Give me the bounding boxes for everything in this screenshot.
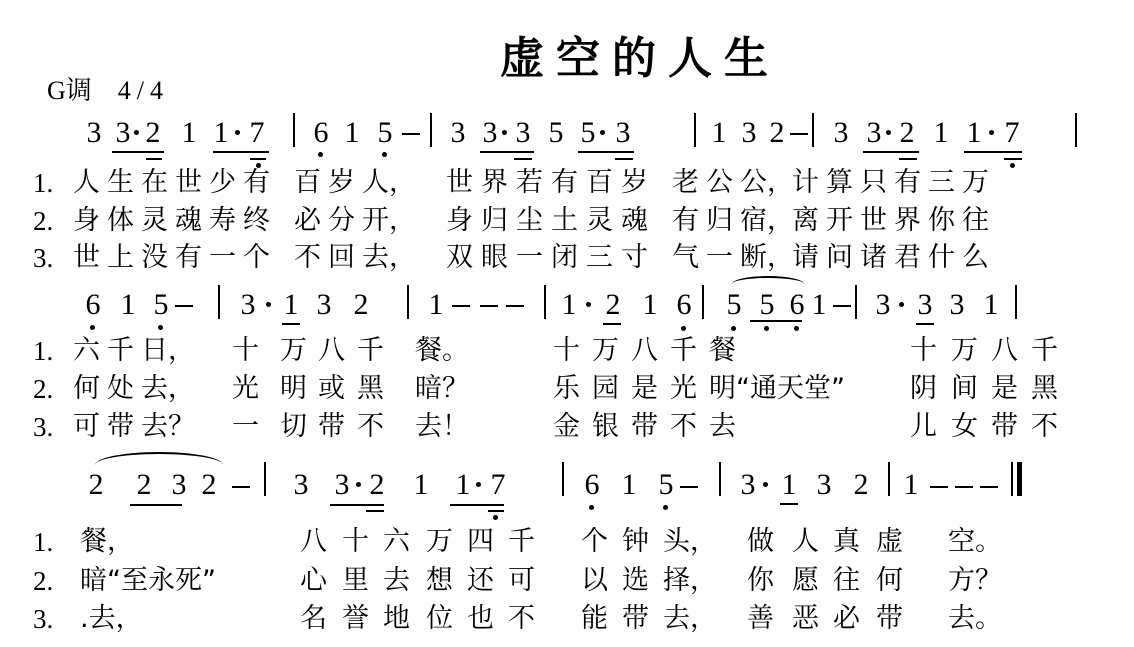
lyric-syllable: 千 [107, 336, 134, 366]
dash-hold [790, 133, 808, 135]
lyric-syllable: 八 [991, 336, 1018, 366]
low-octave-dot [1010, 163, 1015, 168]
underline-eighth [450, 504, 504, 506]
lyric-syllable: 带 [991, 412, 1018, 442]
note: 3 [331, 470, 353, 500]
lyric-syllable: 必 [833, 604, 860, 634]
lyric-syllable: 园 [592, 374, 619, 404]
lyric-syllable: 界 [894, 206, 921, 236]
note: 3 [237, 290, 259, 320]
lyric-syllable: 恶 [792, 604, 819, 634]
lyric-syllable: 只 [860, 168, 887, 198]
lyric-syllable: 世 [446, 168, 473, 198]
dash-hold [175, 305, 193, 307]
lyric-syllable: 头， [663, 527, 717, 557]
verse-number: 3. [33, 604, 53, 634]
dash-hold [232, 486, 250, 488]
lyric-syllable: 去， [141, 374, 195, 404]
bar-line [293, 113, 295, 147]
underline-sixteenth [366, 510, 384, 512]
lyric-syllable: 分 [328, 206, 355, 236]
lyric-syllable: 世 [860, 206, 887, 236]
lyric-syllable: 十 [553, 336, 580, 366]
bar-line [407, 285, 409, 319]
underline-eighth [130, 504, 182, 506]
underline-eighth [863, 151, 919, 153]
song-title: 虚空的人生 [500, 22, 780, 86]
lyric-syllable: 去！ [415, 412, 469, 442]
lyric-syllable: 暗？ [415, 374, 469, 404]
lyric-syllable: 儿 [910, 412, 937, 442]
lyric-syllable: 公， [740, 168, 794, 198]
augmentation-dot [235, 130, 240, 135]
lyric-syllable: 地 [383, 604, 410, 634]
lyric-syllable: 界 [481, 168, 508, 198]
lyric-syllable: 光 [670, 374, 697, 404]
lyric-syllable: 气 [672, 243, 699, 273]
verse-number: 2. [33, 206, 53, 236]
augmentation-dot [586, 302, 591, 307]
note: 2 [85, 470, 107, 500]
bar-line [218, 285, 220, 319]
lyric-syllable: 是 [991, 374, 1018, 404]
dash-hold [930, 486, 948, 488]
note: 1 [963, 118, 985, 148]
lyric-syllable: 八 [300, 527, 327, 557]
lyric-syllable: 世 [175, 168, 202, 198]
lyric-syllable: 宿， [740, 206, 794, 236]
lyric-syllable: 位 [426, 604, 453, 634]
note: 3 [168, 470, 190, 500]
underline-eighth [750, 320, 802, 322]
note: 3 [447, 118, 469, 148]
lyric-syllable: 不 [357, 412, 384, 442]
lyric-syllable: 选 [622, 566, 649, 596]
lyric-syllable: 岁 [621, 168, 648, 198]
note: 3 [914, 290, 936, 320]
lyric-syllable: 不 [508, 604, 535, 634]
key-label: G调 [47, 76, 92, 105]
lyric-syllable: 万 [426, 527, 453, 557]
lyric-syllable: .去， [80, 604, 143, 634]
lyric-syllable: 千 [670, 336, 697, 366]
lyric-syllable: 在 [141, 168, 168, 198]
lyric-syllable: 一 [209, 243, 236, 273]
verse-number: 3. [33, 243, 53, 273]
note: 6 [673, 290, 695, 320]
lyric-syllable: 开， [362, 206, 416, 236]
lyric-syllable: 闭 [551, 243, 578, 273]
lyric-syllable: 身 [73, 206, 100, 236]
dash-hold [680, 486, 698, 488]
lyric-syllable: 人， [362, 168, 416, 198]
low-octave-dot [493, 515, 498, 520]
low-octave-dot [764, 326, 769, 331]
lyric-syllable: 三 [928, 168, 955, 198]
dash-hold [980, 486, 998, 488]
low-octave-dot [589, 505, 594, 510]
lyric-syllable: 有 [894, 168, 921, 198]
lyric-syllable: 万 [280, 336, 307, 366]
lyric-syllable: 公 [706, 168, 733, 198]
lyric-syllable: 带 [622, 604, 649, 634]
lyric-syllable: 十 [910, 336, 937, 366]
lyric-syllable: 不 [1031, 412, 1058, 442]
lyric-syllable: 往 [962, 206, 989, 236]
lyric-syllable: 餐。 [415, 336, 469, 366]
lyric-syllable: 也 [467, 604, 494, 634]
lyric-syllable: 诸 [860, 243, 887, 273]
note: 3 [479, 118, 501, 148]
lyric-syllable: 岁 [328, 168, 355, 198]
bar-line [702, 285, 704, 319]
verse-number: 2. [33, 374, 53, 404]
lyric-syllable: 生 [107, 168, 134, 198]
bar-line [1075, 113, 1077, 147]
lyric-syllable: 真 [833, 527, 860, 557]
lyric-syllable: 餐 [709, 336, 736, 366]
lyric-syllable: 日， [141, 336, 195, 366]
lyric-syllable: 八 [631, 336, 658, 366]
lyric-syllable: 十 [342, 527, 369, 557]
lyric-syllable: 归 [481, 206, 508, 236]
lyric-syllable: 去。 [948, 604, 1002, 634]
lyric-syllable: 择， [663, 566, 717, 596]
lyric-syllable: 老 [672, 168, 699, 198]
note: 2 [350, 290, 372, 320]
lyric-syllable: 阴 [910, 374, 937, 404]
underline-eighth [213, 151, 269, 153]
lyric-syllable: 切 [280, 412, 307, 442]
note: 2 [142, 118, 164, 148]
note: 2 [896, 118, 918, 148]
lyric-syllable: 魂 [175, 206, 202, 236]
lyric-syllable: 终 [243, 206, 270, 236]
lyric-syllable: 去， [663, 604, 717, 634]
augmentation-dot [476, 482, 481, 487]
note: 1 [778, 470, 800, 500]
lyric-syllable: 处 [107, 374, 134, 404]
lyric-syllable: 百 [586, 168, 613, 198]
key-signature: G调4/4 [47, 70, 169, 107]
lyric-syllable: 寸 [621, 243, 648, 273]
note: 2 [366, 470, 388, 500]
note: 1 [280, 290, 302, 320]
underline-eighth [578, 151, 634, 153]
verse-number: 1. [33, 336, 53, 366]
note: 1 [178, 118, 200, 148]
note: 1 [558, 290, 580, 320]
underline-eighth [603, 323, 621, 325]
lyric-syllable: 名 [300, 604, 327, 634]
note: 1 [410, 470, 432, 500]
lyric-syllable: 回 [328, 243, 355, 273]
note: 3 [737, 470, 759, 500]
lyric-syllable: 明“通天堂” [709, 374, 845, 404]
note: 3 [946, 290, 968, 320]
lyric-syllable: 八 [318, 336, 345, 366]
augmentation-dot [600, 130, 605, 135]
bar-line [562, 462, 564, 496]
low-octave-dot [794, 326, 799, 331]
underline-eighth [282, 323, 300, 325]
lyric-syllable: 方？ [948, 566, 1002, 596]
lyric-syllable: 去 [709, 412, 736, 442]
augmentation-dot [989, 130, 994, 135]
note: 1 [618, 470, 640, 500]
low-octave-dot [731, 326, 736, 331]
lyric-syllable: 金 [553, 412, 580, 442]
lyric-syllable: 暗“至永死” [80, 566, 216, 596]
low-octave-dot [663, 505, 668, 510]
lyric-syllable: 能 [581, 604, 608, 634]
note: 5 [655, 470, 677, 500]
low-octave-dot [318, 152, 323, 157]
lyric-syllable: 何 [73, 374, 100, 404]
lyric-syllable: 做 [747, 527, 774, 557]
note: 1 [210, 118, 232, 148]
final-bar-thin [1011, 462, 1013, 496]
lyric-syllable: 个 [581, 527, 608, 557]
underline-eighth [112, 151, 164, 153]
note: 7 [487, 470, 509, 500]
lyric-syllable: 乐 [553, 374, 580, 404]
bar-line [719, 462, 721, 496]
lyric-syllable: 女 [951, 412, 978, 442]
lyric-syllable: 没 [141, 243, 168, 273]
note: 7 [1001, 118, 1023, 148]
lyric-syllable: 万 [962, 168, 989, 198]
underline-eighth [916, 323, 934, 325]
underline-sixteenth [488, 510, 504, 512]
lyric-syllable: 千 [357, 336, 384, 366]
lyric-syllable: 银 [592, 412, 619, 442]
note: 1 [900, 470, 922, 500]
note: 3 [290, 470, 312, 500]
note: 5 [723, 290, 745, 320]
bar-line [264, 462, 266, 496]
lyric-syllable: 可 [73, 412, 100, 442]
lyric-syllable: 六 [383, 527, 410, 557]
lyric-syllable: 何 [876, 566, 903, 596]
lyric-syllable: 开 [826, 206, 853, 236]
lyric-syllable: 魂 [621, 206, 648, 236]
lyric-syllable: 有 [243, 168, 270, 198]
dash-hold [402, 133, 420, 135]
note: 5 [374, 118, 396, 148]
underline-eighth [330, 504, 384, 506]
dash-hold [506, 305, 524, 307]
lyric-syllable: 一 [516, 243, 543, 273]
note: 3 [813, 470, 835, 500]
lyric-syllable: 万 [951, 336, 978, 366]
lyric-syllable: 有 [551, 168, 578, 198]
bar-line [430, 113, 432, 147]
bar-line [544, 285, 546, 319]
lyric-syllable: 体 [107, 206, 134, 236]
note: 7 [246, 118, 268, 148]
note: 1 [117, 290, 139, 320]
lyric-syllable: 不 [670, 412, 697, 442]
lyric-syllable: 心 [300, 566, 327, 596]
lyric-syllable: 算 [826, 168, 853, 198]
lyric-syllable: 里 [342, 566, 369, 596]
verse-number: 3. [33, 412, 53, 442]
lyric-syllable: 你 [928, 206, 955, 236]
note: 3 [612, 118, 634, 148]
note: 3 [83, 118, 105, 148]
lyric-syllable: 个 [243, 243, 270, 273]
note: 1 [639, 290, 661, 320]
lyric-syllable: 去？ [141, 412, 195, 442]
low-octave-dot [681, 326, 686, 331]
lyric-syllable: 寿 [209, 206, 236, 236]
note: 3 [512, 118, 534, 148]
lyric-syllable: 少 [209, 168, 236, 198]
lyric-syllable: 必 [294, 206, 321, 236]
dash-hold [833, 305, 851, 307]
note: 1 [452, 470, 474, 500]
underline-sixteenth [250, 158, 266, 160]
lyric-syllable: 黑 [1031, 374, 1058, 404]
lyric-syllable: 带 [631, 412, 658, 442]
augmentation-dot [356, 482, 361, 487]
note: 5 [150, 290, 172, 320]
lyric-syllable: 愿 [792, 566, 819, 596]
lyric-syllable: 是 [631, 374, 658, 404]
underline-sixteenth [146, 158, 162, 160]
lyric-syllable: 君 [894, 243, 921, 273]
lyric-syllable: 问 [826, 243, 853, 273]
lyric-syllable: 钟 [622, 527, 649, 557]
lyric-syllable: 百 [294, 168, 321, 198]
underline-sixteenth [615, 158, 633, 160]
lyric-syllable: 六 [73, 336, 100, 366]
lyric-syllable: 空。 [948, 527, 1002, 557]
note: 1 [980, 290, 1002, 320]
note: 1 [930, 118, 952, 148]
lyric-syllable: 一 [706, 243, 733, 273]
underline-sixteenth [1004, 158, 1022, 160]
lyric-syllable: 虚 [876, 527, 903, 557]
lyric-syllable: 一 [232, 412, 259, 442]
bar-line [855, 285, 857, 319]
note: 2 [850, 470, 872, 500]
lyric-syllable: 千 [508, 527, 535, 557]
lyric-syllable: 土 [551, 206, 578, 236]
note: 1 [808, 290, 830, 320]
lyric-syllable: 誉 [342, 604, 369, 634]
augmentation-dot [763, 482, 768, 487]
note: 3 [738, 118, 760, 148]
lyric-syllable: 还 [467, 566, 494, 596]
underline-eighth [964, 151, 1022, 153]
lyric-syllable: 不 [294, 243, 321, 273]
augmentation-dot [134, 130, 139, 135]
low-octave-dot [158, 325, 163, 330]
lyric-syllable: 世 [73, 243, 100, 273]
lyric-syllable: 以 [581, 566, 608, 596]
bar-line [812, 113, 814, 147]
lyric-syllable: 人 [73, 168, 100, 198]
lyric-syllable: 灵 [586, 206, 613, 236]
lyric-syllable: 带 [107, 412, 134, 442]
lyric-syllable: 什 [928, 243, 955, 273]
dash-hold [452, 305, 470, 307]
bar-line [694, 113, 696, 147]
underline-eighth [780, 503, 798, 505]
note: 2 [602, 290, 624, 320]
lyric-syllable: 灵 [141, 206, 168, 236]
lyric-syllable: 十 [232, 336, 259, 366]
lyric-syllable: 若 [516, 168, 543, 198]
lyric-syllable: 往 [833, 566, 860, 596]
underline-sixteenth [514, 158, 532, 160]
note: 1 [708, 118, 730, 148]
lyric-syllable: 尘 [516, 206, 543, 236]
note: 3 [830, 118, 852, 148]
lyric-syllable: 你 [747, 566, 774, 596]
lyric-syllable: 带 [318, 412, 345, 442]
lyric-syllable: 有 [175, 243, 202, 273]
note: 6 [82, 290, 104, 320]
lyric-syllable: 身 [446, 206, 473, 236]
lyric-syllable: 三 [586, 243, 613, 273]
underline-eighth [480, 151, 534, 153]
note: 2 [766, 118, 788, 148]
lyric-syllable: 归 [706, 206, 733, 236]
note: 6 [310, 118, 332, 148]
lyric-syllable: 去 [383, 566, 410, 596]
bar-line [888, 462, 890, 496]
note: 3 [313, 290, 335, 320]
verse-number: 2. [33, 566, 53, 596]
lyric-syllable: 善 [747, 604, 774, 634]
lyric-syllable: 四 [467, 527, 494, 557]
lyric-syllable: 想 [426, 566, 453, 596]
final-bar-thick [1017, 462, 1022, 496]
lyric-syllable: 上 [107, 243, 134, 273]
note: 2 [133, 470, 155, 500]
note: 5 [756, 290, 778, 320]
lyric-syllable: 请 [792, 243, 819, 273]
lyric-syllable: 或 [318, 374, 345, 404]
lyric-syllable: 去， [362, 243, 416, 273]
note: 1 [341, 118, 363, 148]
lyric-syllable: 光 [232, 374, 259, 404]
lyric-syllable: 双 [446, 243, 473, 273]
lyric-syllable: 计 [792, 168, 819, 198]
augmentation-dot [899, 302, 904, 307]
augmentation-dot [502, 130, 507, 135]
lyric-syllable: 间 [951, 374, 978, 404]
note: 3 [863, 118, 885, 148]
note: 2 [198, 470, 220, 500]
note: 6 [786, 290, 808, 320]
lyric-syllable: 万 [592, 336, 619, 366]
lyric-syllable: 有 [672, 206, 699, 236]
verse-number: 1. [33, 527, 53, 557]
lyric-syllable: 黑 [357, 374, 384, 404]
lyric-syllable: 带 [876, 604, 903, 634]
note: 1 [425, 290, 447, 320]
low-octave-dot [382, 152, 387, 157]
dash-hold [955, 486, 973, 488]
note: 5 [545, 118, 567, 148]
lyric-syllable: 人 [792, 527, 819, 557]
lyric-syllable: 餐， [80, 527, 134, 557]
note: 5 [577, 118, 599, 148]
